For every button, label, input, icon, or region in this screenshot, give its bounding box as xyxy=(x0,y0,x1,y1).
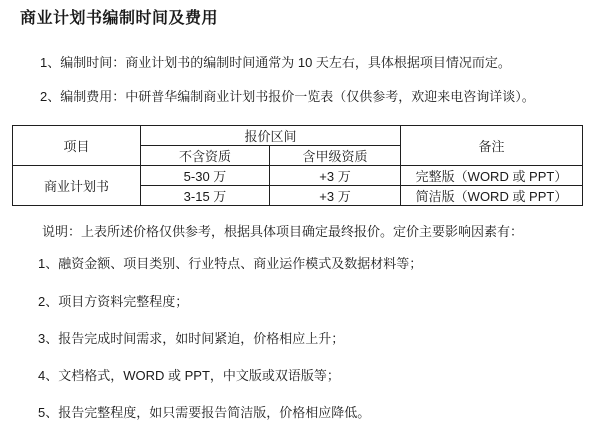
pricing-table: 项目 报价区间 备注 不含资质 含甲级资质 商业计划书 5-30 万 +3 万 … xyxy=(12,125,583,206)
header-without-qualification: 不含资质 xyxy=(141,146,270,166)
header-with-grade-a-qualification: 含甲级资质 xyxy=(270,146,401,166)
intro-line-preparation-time: 1、编制时间：商业计划书的编制时间通常为 10 天左右，具体根据项目情况而定。 xyxy=(40,55,511,71)
cell-remark-brief-version: 简洁版（WORD 或 PPT） xyxy=(401,186,583,206)
cell-price-without-qualification: 3-15 万 xyxy=(141,186,270,206)
factor-item-5: 5、报告完整程度，如只需要报告简洁版，价格相应降低。 xyxy=(38,405,370,421)
intro-line-preparation-fee: 2、编制费用：中研普华编制商业计划书报价一览表（仅供参考，欢迎来电咨询详谈）。 xyxy=(40,89,535,105)
table-header-row-1: 项目 报价区间 备注 xyxy=(13,126,583,146)
cell-price-with-qualification: +3 万 xyxy=(270,166,401,186)
document-title: 商业计划书编制时间及费用 xyxy=(20,5,218,28)
factor-item-1: 1、融资金额、项目类别、行业特点、商业运作模式及数据材料等； xyxy=(38,256,422,272)
factor-item-3: 3、报告完成时间需求，如时间紧迫，价格相应上升； xyxy=(38,331,344,347)
cell-price-without-qualification: 5-30 万 xyxy=(141,166,270,186)
note-line: 说明：上表所述价格仅供参考，根据具体项目确定最终报价。定价主要影响因素有： xyxy=(42,224,523,240)
document-page: 商业计划书编制时间及费用 1、编制时间：商业计划书的编制时间通常为 10 天左右… xyxy=(0,0,591,433)
cell-price-with-qualification: +3 万 xyxy=(270,186,401,206)
header-project: 项目 xyxy=(13,126,141,166)
cell-remark-full-version: 完整版（WORD 或 PPT） xyxy=(401,166,583,186)
table-row: 商业计划书 5-30 万 +3 万 完整版（WORD 或 PPT） xyxy=(13,166,583,186)
header-remark: 备注 xyxy=(401,126,583,166)
factor-item-4: 4、文档格式，WORD 或 PPT，中文版或双语版等； xyxy=(38,368,340,384)
cell-project-name: 商业计划书 xyxy=(13,166,141,206)
header-price-range: 报价区间 xyxy=(141,126,401,146)
factor-item-2: 2、项目方资料完整程度； xyxy=(38,294,188,310)
